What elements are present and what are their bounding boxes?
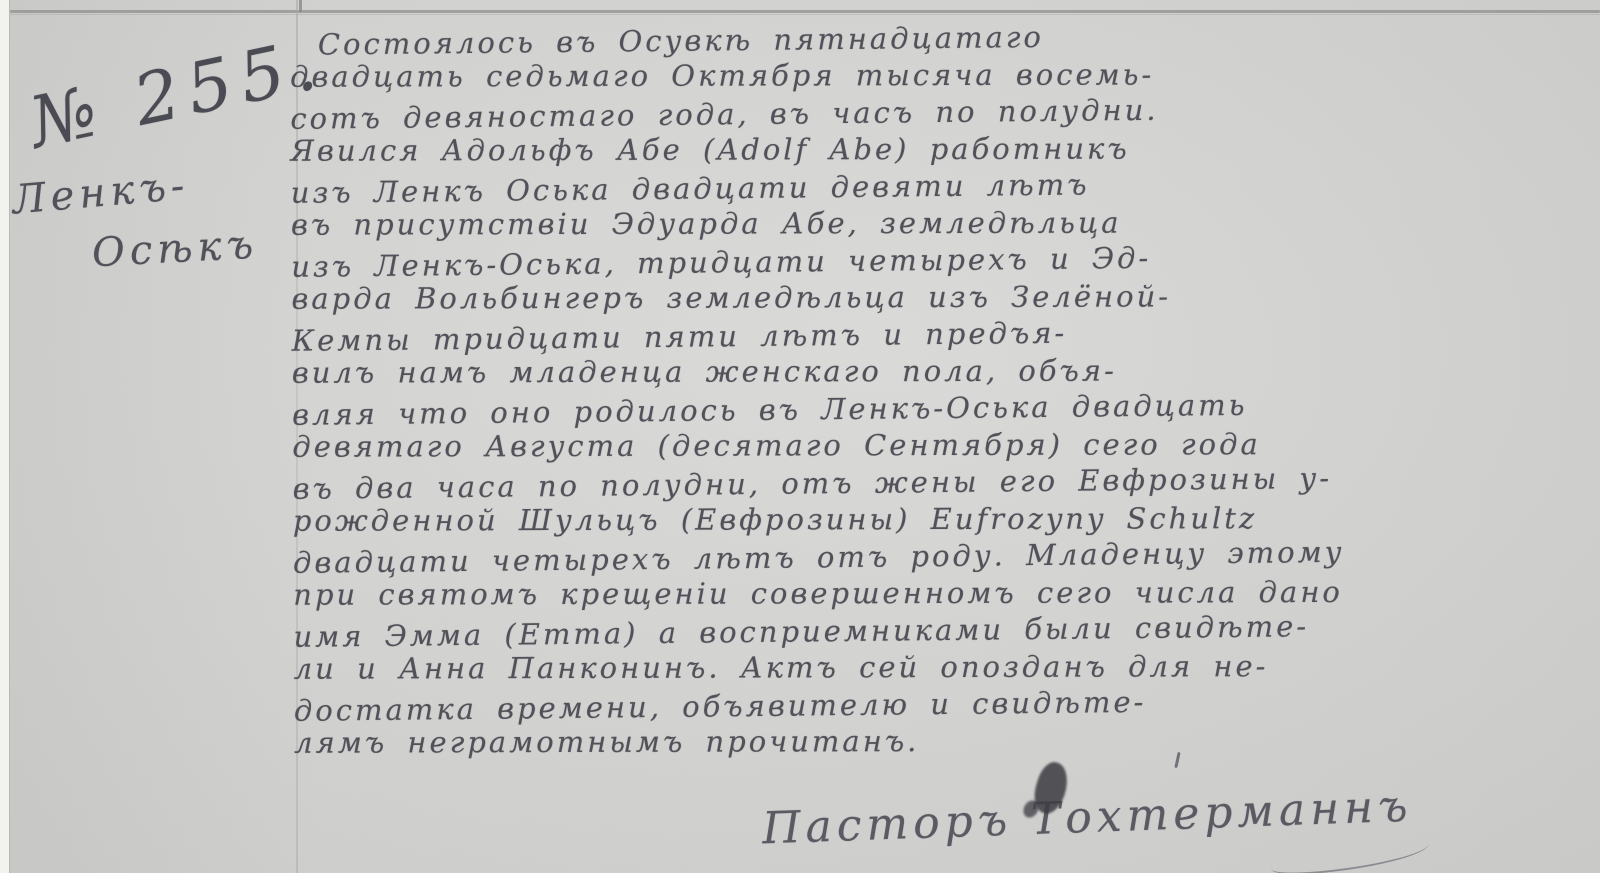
scanned-register-page: № 255. Ленкъ- Осѣкъ Состоялось въ Осувкѣ… — [0, 0, 1600, 873]
margin-place-name-line2: Осѣкъ — [91, 222, 259, 277]
record-body-text: Состоялось въ Осувкѣ пятнадцатаго двадца… — [290, 16, 1594, 764]
record-number: № 255. — [23, 22, 332, 164]
pastor-signature: Пасторъ Тохтерманнъ — [761, 781, 1413, 855]
manuscript-line: лямъ неграмотнымъ прочитанъ. — [294, 721, 1594, 761]
signature-flourish — [1269, 834, 1431, 873]
scan-edge-left — [0, 0, 10, 873]
fold-tick-mark — [299, 0, 302, 12]
ruled-line-top — [10, 10, 1600, 13]
margin-place-name-line1: Ленкъ- — [10, 162, 191, 223]
